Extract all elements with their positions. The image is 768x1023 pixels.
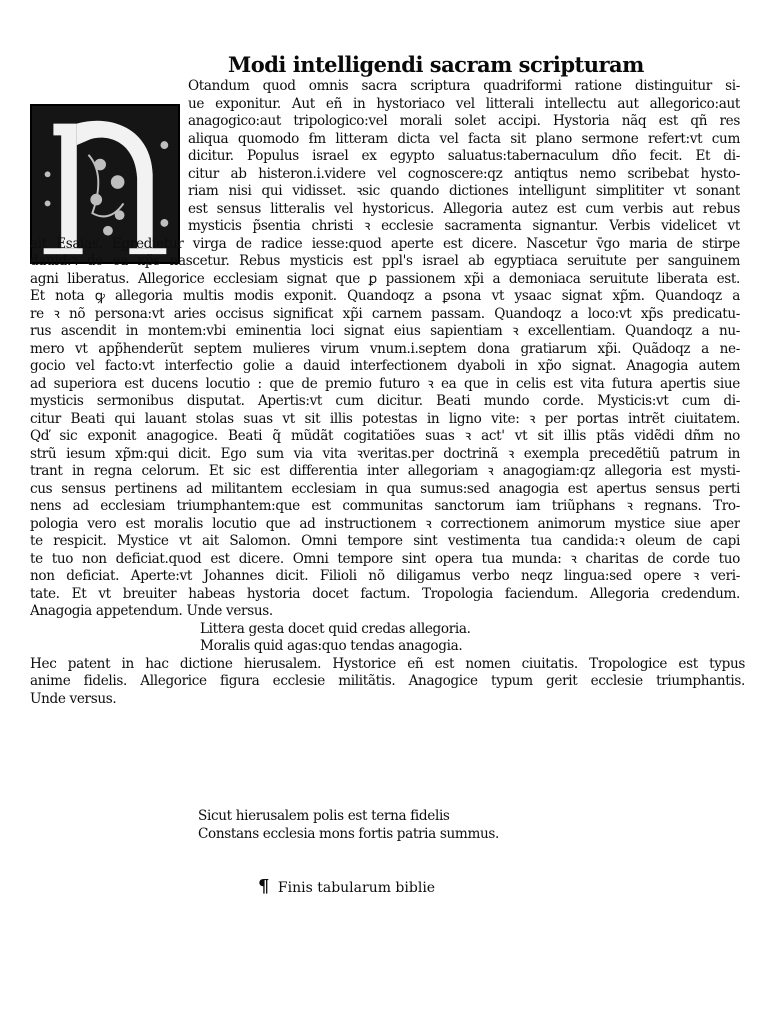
text-line: non deficiat. Aperte:vt Johannes dicit. … — [30, 568, 740, 585]
colophon-text: Finis tabularum biblie — [278, 880, 435, 896]
text-line: ad superiora est ducens locutio : que de… — [30, 376, 740, 393]
verse-line: Sicut hierusalem polis est terna fidelis — [198, 808, 450, 825]
text-line: citur Beati qui lauant stolas suas vt si… — [30, 411, 740, 428]
text-line: Qď sic exponit anagogice. Beati q̃ mũdãt… — [30, 428, 740, 445]
text-line: Hec patent in hac dictione hierusalem. H… — [30, 656, 745, 673]
page-title: Modi intelligendi sacram scripturam — [228, 52, 588, 77]
colophon: ¶ Finis tabularum biblie — [258, 876, 435, 897]
text-line: ait Esaias. Egredietur virga de radice i… — [30, 236, 740, 253]
printed-page: Modi intelligendi sacram scripturam Otan… — [0, 0, 768, 1023]
text-line: Otandum quod omnis sacra scriptura quadr… — [188, 78, 740, 95]
text-line: dicitur. Populus israel ex egypto saluat… — [188, 148, 740, 165]
text-line: strũ iesum xp̃m:qui dicit. Ego sum via v… — [30, 446, 740, 463]
text-line: nens ad ecclesiam triumphantem:que est c… — [30, 498, 740, 515]
text-line: anagogico:aut tripologico:vel morali sol… — [188, 113, 740, 130]
text-line: re ꝛ nõ persona:vt aries occisus signifi… — [30, 306, 740, 323]
text-line: te respicit. Mystice vt ait Salomon. Omn… — [30, 533, 740, 550]
verse-line: Moralis quid agas:quo tendas anagogia. — [200, 638, 462, 655]
text-line: ue exponitur. Aut eñ in hystoriaco vel l… — [188, 96, 740, 113]
text-line: anime fidelis. Allegorice figura ecclesi… — [30, 673, 745, 690]
text-line: est sensus litteralis vel hystoricus. Al… — [188, 201, 740, 218]
text-line: aliqua quomodo ẜm litteram dicta vel fac… — [188, 131, 740, 148]
text-line: Et nota ꝙ allegoria multis modis exponit… — [30, 288, 740, 305]
text-line: rus ascendit in montem:vbi eminentia loc… — [30, 323, 740, 340]
text-line: agni liberatus. Allegorice ecclesiam sig… — [30, 271, 740, 288]
pilcrow-icon: ¶ — [258, 876, 269, 897]
verse-line: Littera gesta docet quid credas allegori… — [200, 621, 471, 638]
text-line: trant in regna celorum. Et sic est diffe… — [30, 463, 740, 480]
text-line: tate. Et vt breuiter habeas hystoria doc… — [30, 586, 740, 603]
text-line: riam nisi qui vidisset. ꝛsic quando dict… — [188, 183, 740, 200]
text-line: mysticis p̃sentia christi ꝛ ecclesie sac… — [188, 218, 740, 235]
text-line: Unde versus. — [30, 691, 745, 708]
text-line: gocio vel facto:vt interfectio golie a d… — [30, 358, 740, 375]
text-line: mysticis sermonibus disputat. Apertis:vt… — [30, 393, 740, 410]
text-line: cus sensus pertinens ad militantem eccle… — [30, 481, 740, 498]
text-line: dauid:ꝛ de ea xp̃s nascetur. Rebus mysti… — [30, 253, 740, 270]
text-line: mero vt app̃henderũt septem mulieres vir… — [30, 341, 740, 358]
text-line: pologia vero est moralis locutio que ad … — [30, 516, 740, 533]
verse-line: Constans ecclesia mons fortis patria sum… — [198, 826, 499, 843]
text-line: te tuo non deficiat.quod est dicere. Omn… — [30, 551, 740, 568]
text-line: Anagogia appetendum. Unde versus. — [30, 603, 740, 620]
text-line: citur ab histeron.i.videre vel cognoscer… — [188, 166, 740, 183]
